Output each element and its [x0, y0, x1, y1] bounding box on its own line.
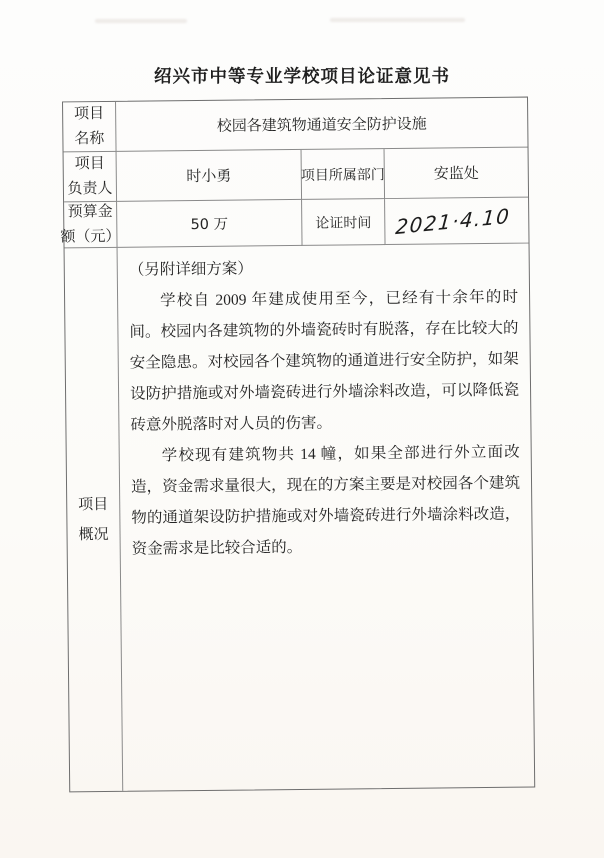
- project-name-label-cell: 项目 名称: [63, 102, 117, 153]
- scan-artifact: [95, 19, 187, 23]
- overview-label-line2: 概况: [78, 519, 108, 549]
- budget-value-cell: 50 万: [117, 200, 302, 248]
- overview-paragraph: 学校自 2009 年建成使用至今，已经有十余年的时间。校园内各建筑物的外墙瓷砖时…: [129, 282, 520, 441]
- leader-label-line2: 负责人: [67, 176, 112, 201]
- leader-label-line1: 项目: [75, 151, 105, 176]
- project-name-label-line1: 项目: [74, 102, 104, 127]
- handwritten-date: 2021·4.10: [395, 203, 512, 239]
- budget-label-cell: 预算金 额（元）: [64, 202, 117, 249]
- overview-paragraph: 学校现有建筑物共 14 幢，如果全部进行外立面改造，资金需求量很大，现在的方案主…: [131, 437, 521, 565]
- scanned-document-page: 绍兴市中等专业学校项目论证意见书 项目 名称 校园各建筑物通道安全防护设施 项目…: [0, 0, 604, 858]
- overview-attachment-note: （另附详细方案）: [129, 251, 518, 286]
- overview-label-line1: 项目: [78, 489, 108, 519]
- review-time-label: 论证时间: [315, 212, 371, 233]
- department-value: 安监处: [434, 162, 479, 183]
- budget-value: 50 万: [190, 213, 228, 234]
- department-label: 项目所属部门: [301, 164, 385, 185]
- leader-label-cell: 项目 负责人: [64, 152, 118, 203]
- scan-artifact: [330, 18, 465, 22]
- review-time-value-cell: 2021·4.10: [385, 198, 528, 245]
- overview-content-cell: （另附详细方案） 学校自 2009 年建成使用至今，已经有十余年的时间。校园内各…: [118, 244, 535, 791]
- document-title: 绍兴市中等专业学校项目论证意见书: [0, 63, 604, 88]
- project-name-label-line2: 名称: [74, 126, 104, 151]
- leader-value: 时小勇: [186, 165, 231, 186]
- project-review-form-table: 项目 名称 校园各建筑物通道安全防护设施 项目 负责人 时小勇 项目所属部门 安…: [62, 97, 535, 793]
- leader-value-cell: 时小勇: [117, 150, 303, 202]
- budget-label-line2: 额（元）: [60, 224, 120, 250]
- department-value-cell: 安监处: [385, 148, 529, 199]
- overview-label-cell: 项目 概况: [65, 248, 124, 792]
- department-label-cell: 项目所属部门: [302, 149, 386, 200]
- project-name-value-cell: 校园各建筑物通道安全防护设施: [116, 98, 528, 152]
- project-name-value: 校园各建筑物通道安全防护设施: [217, 113, 427, 136]
- review-time-label-cell: 论证时间: [302, 199, 385, 246]
- budget-label-line1: 预算金: [68, 199, 113, 224]
